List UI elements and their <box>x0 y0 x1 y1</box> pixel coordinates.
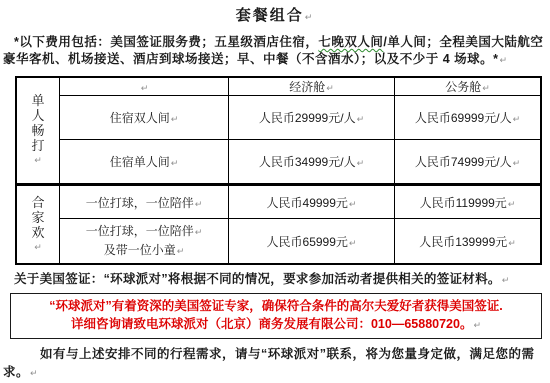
paragraph-mark: ↵ <box>500 55 508 65</box>
visa-note-paragraph: 关于美国签证：“环球派对”将根据不同的情况，要求参加活动者提供相关的签证材料。↵ <box>3 269 548 287</box>
economy-price: 人民币49999元 <box>267 196 348 210</box>
header-business-label: 公务舱 <box>445 80 481 94</box>
header-economy-label: 经济舱 <box>289 80 325 94</box>
header-business-cell: 公务舱↵ <box>395 77 542 96</box>
row-business-price-cell: 人民币69999元/人↵ <box>395 96 542 140</box>
cell-mark: ↵ <box>171 114 179 124</box>
cell-mark: ↵ <box>177 246 185 256</box>
cell-mark: ↵ <box>31 153 45 168</box>
table-row: 合家欢↵ 一位打球，一位陪伴↵ 人民币49999元↵ 人民币119999元↵ <box>16 185 541 219</box>
cell-mark: ↵ <box>508 238 516 248</box>
row-desc: 住宿单人间 <box>110 155 170 169</box>
header-economy-cell: 经济舱↵ <box>229 77 395 96</box>
paragraph-mark: ↵ <box>502 275 510 285</box>
group-label-single: 单人畅打↵ <box>31 93 45 168</box>
cell-mark: ↵ <box>357 158 365 168</box>
row-economy-price-cell: 人民币49999元↵ <box>229 185 395 219</box>
row-business-price-cell: 人民币74999元/人↵ <box>395 140 542 185</box>
cell-mark: ↵ <box>195 199 203 209</box>
row-desc-cell: 住宿双人间↵ <box>60 96 229 140</box>
intro-paragraph: *以下费用包括：美国签证服务费；五星级酒店住宿，七晚双人间/单人间；全程美国大陆… <box>3 34 548 68</box>
visa-note-text: 关于美国签证：“环球派对”将根据不同的情况，要求参加活动者提供相关的签证材料。 <box>14 272 501 286</box>
row-desc-line1: 一位打球，一位陪伴↵ <box>60 222 228 241</box>
economy-price: 人民币65999元 <box>267 235 348 249</box>
economy-price: 人民币29999元/人 <box>259 111 356 125</box>
intro-part1: *以下费用包括：美国签证服务费；五星级酒店住宿， <box>14 35 318 49</box>
row-desc: 一位打球，一位陪伴 <box>86 224 194 238</box>
row-business-price-cell: 人民币119999元↵ <box>395 185 542 219</box>
cell-mark: ↵ <box>31 240 45 255</box>
paragraph-mark: ↵ <box>473 320 481 330</box>
group-label-family: 合家欢↵ <box>31 195 45 255</box>
business-price: 人民币139999元 <box>419 235 507 249</box>
cell-mark: ↵ <box>357 114 365 124</box>
row-desc-cell: 一位打球，一位陪伴↵ 及带一位小童↵ <box>60 219 229 265</box>
cell-mark: ↵ <box>171 158 179 168</box>
cell-mark: ↵ <box>513 158 521 168</box>
business-price: 人民币74999元/人 <box>415 155 512 169</box>
red-notice-line2: 详细咨询请致电环球派对（北京）商务发展有限公司：010—65880720。 <box>71 317 472 331</box>
row-desc: 住宿双人间 <box>110 111 170 125</box>
row-desc-cell: 住宿单人间↵ <box>60 140 229 185</box>
row-desc-cell: 一位打球，一位陪伴↵ <box>60 185 229 219</box>
group-label-single-text: 单人畅打 <box>31 93 44 153</box>
package-price-table: 单人畅打↵ ↵ 经济舱↵ 公务舱↵ 住宿双人间↵ 人民币29999元/人↵ 人民… <box>15 76 542 265</box>
paragraph-mark: ↵ <box>30 368 38 378</box>
table-header-row: 单人畅打↵ ↵ 经济舱↵ 公务舱↵ <box>16 77 541 96</box>
header-desc-cell: ↵ <box>60 77 229 96</box>
cell-mark: ↵ <box>513 114 521 124</box>
footer-paragraph: 如有与上述安排不同的行程需求，请与“环球派对”联系，将为您量身定做，满足您的需求… <box>3 346 548 382</box>
cell-mark: ↵ <box>508 199 516 209</box>
red-notice-line1: “环球派对”有着资深的美国签证专家，确保符合条件的高尔夫爱好者获得美国签证. <box>13 297 539 315</box>
row-economy-price-cell: 人民币29999元/人↵ <box>229 96 395 140</box>
cell-mark: ↵ <box>326 83 334 93</box>
table-row: 住宿双人间↵ 人民币29999元/人↵ 人民币69999元/人↵ <box>16 96 541 140</box>
row-desc-line2: 及带一位小童↵ <box>60 241 228 260</box>
row-desc2: 及带一位小童 <box>104 243 176 257</box>
footer-text: 如有与上述安排不同的行程需求，请与“环球派对”联系，将为您量身定做，满足您的需求… <box>3 347 535 379</box>
cell-mark: ↵ <box>349 238 357 248</box>
red-notice-line2-wrap: 详细咨询请致电环球派对（北京）商务发展有限公司：010—65880720。↵ <box>13 315 539 334</box>
group-label-cell-family: 合家欢↵ <box>16 185 60 265</box>
table-row: 住宿单人间↵ 人民币34999元/人↵ 人民币74999元/人↵ <box>16 140 541 185</box>
cell-mark: ↵ <box>141 83 149 93</box>
business-price: 人民币69999元/人 <box>415 111 512 125</box>
group-label-family-text: 合家欢 <box>31 195 44 240</box>
economy-price: 人民币34999元/人 <box>259 155 356 169</box>
cell-mark: ↵ <box>195 227 203 237</box>
business-price: 人民币119999元 <box>420 196 507 210</box>
page-title: 套餐组合↵ <box>0 4 550 25</box>
row-economy-price-cell: 人民币34999元/人↵ <box>229 140 395 185</box>
paragraph-mark: ↵ <box>305 12 315 22</box>
intro-wavy-text: 七晚双人间 <box>318 35 383 49</box>
row-economy-price-cell: 人民币65999元↵ <box>229 219 395 265</box>
page-title-text: 套餐组合 <box>236 7 304 24</box>
group-label-cell-single: 单人畅打↵ <box>16 77 60 185</box>
cell-mark: ↵ <box>482 83 490 93</box>
red-notice-box: “环球派对”有着资深的美国签证专家，确保符合条件的高尔夫爱好者获得美国签证. 详… <box>10 293 542 339</box>
table-row: 一位打球，一位陪伴↵ 及带一位小童↵ 人民币65999元↵ 人民币139999元… <box>16 219 541 265</box>
cell-mark: ↵ <box>349 199 357 209</box>
row-desc: 一位打球，一位陪伴 <box>86 196 194 210</box>
row-business-price-cell: 人民币139999元↵ <box>395 219 542 265</box>
